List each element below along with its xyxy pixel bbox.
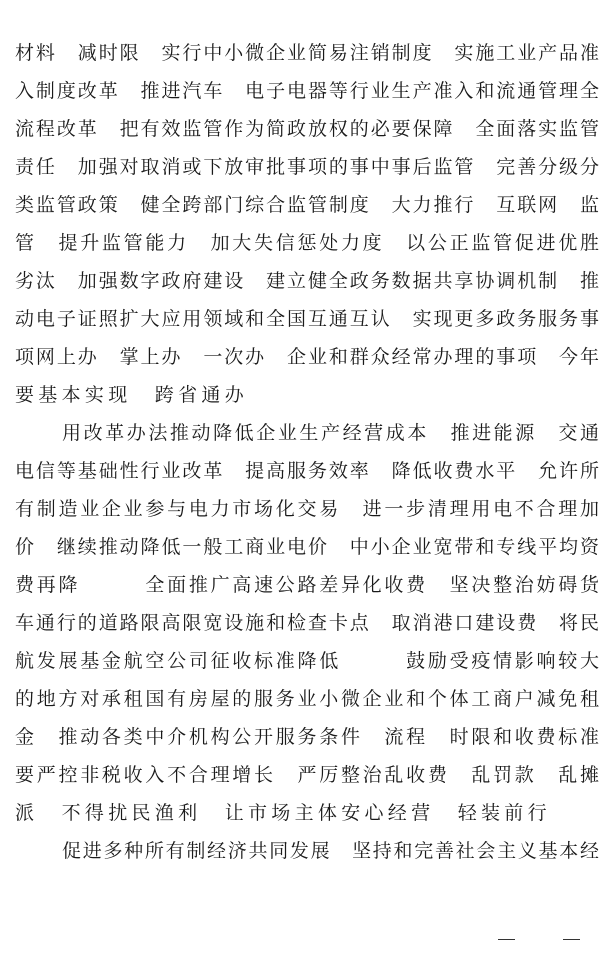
page-number-dash — [563, 939, 580, 940]
text-line: 用改革办法推动降低企业生产经营成本 推进能源 交通 — [62, 421, 599, 445]
text-line: 流程改革 把有效监管作为简政放权的必要保障 全面落实监管 — [15, 117, 599, 141]
document-page: 材料 减时限 实行中小微企业简易注销制度 实施工业产品准入制度改革 推进汽车 电… — [0, 0, 613, 962]
text-line: 要严控非税收入不合理增长 严厉整治乱收费 乱罚款 乱摊 — [15, 763, 599, 787]
text-line: 劣汰 加强数字政府建设 建立健全政务数据共享协调机制 推 — [15, 269, 599, 293]
text-line: 责任 加强对取消或下放审批事项的事中事后监管 完善分级分 — [15, 155, 599, 179]
page-number-dash — [498, 939, 515, 940]
text-line: 入制度改革 推进汽车 电子电器等行业生产准入和流通管理全 — [15, 79, 599, 103]
text-line: 要基本实现 跨省通办 — [15, 383, 599, 407]
text-line: 金 推动各类中介机构公开服务条件 流程 时限和收费标准 — [15, 725, 599, 749]
text-line: 电信等基础性行业改革 提高服务效率 降低收费水平 允许所 — [15, 459, 599, 483]
text-line: 航发展基金航空公司征收标准降低 鼓励受疫情影响较大 — [15, 649, 599, 673]
text-line: 价 继续推动降低一般工商业电价 中小企业宽带和专线平均资 — [15, 535, 599, 559]
text-line: 有制造业企业参与电力市场化交易 进一步清理用电不合理加 — [15, 497, 599, 521]
text-line: 类监管政策 健全跨部门综合监管制度 大力推行 互联网 监 — [15, 193, 599, 217]
text-line: 动电子证照扩大应用领域和全国互通互认 实现更多政务服务事 — [15, 307, 599, 331]
text-line: 项网上办 掌上办 一次办 企业和群众经常办理的事项 今年 — [15, 345, 599, 369]
text-line: 的地方对承租国有房屋的服务业小微企业和个体工商户减免租 — [15, 687, 599, 711]
text-line: 管 提升监管能力 加大失信惩处力度 以公正监管促进优胜 — [15, 231, 599, 255]
text-line: 费再降 全面推广高速公路差异化收费 坚决整治妨碍货 — [15, 573, 599, 597]
text-line: 车通行的道路限高限宽设施和检查卡点 取消港口建设费 将民 — [15, 611, 599, 635]
text-line: 派 不得扰民渔利 让市场主体安心经营 轻装前行 — [15, 801, 599, 825]
text-line: 促进多种所有制经济共同发展 坚持和完善社会主义基本经 — [62, 839, 599, 863]
text-line: 材料 减时限 实行中小微企业简易注销制度 实施工业产品准 — [15, 41, 599, 65]
